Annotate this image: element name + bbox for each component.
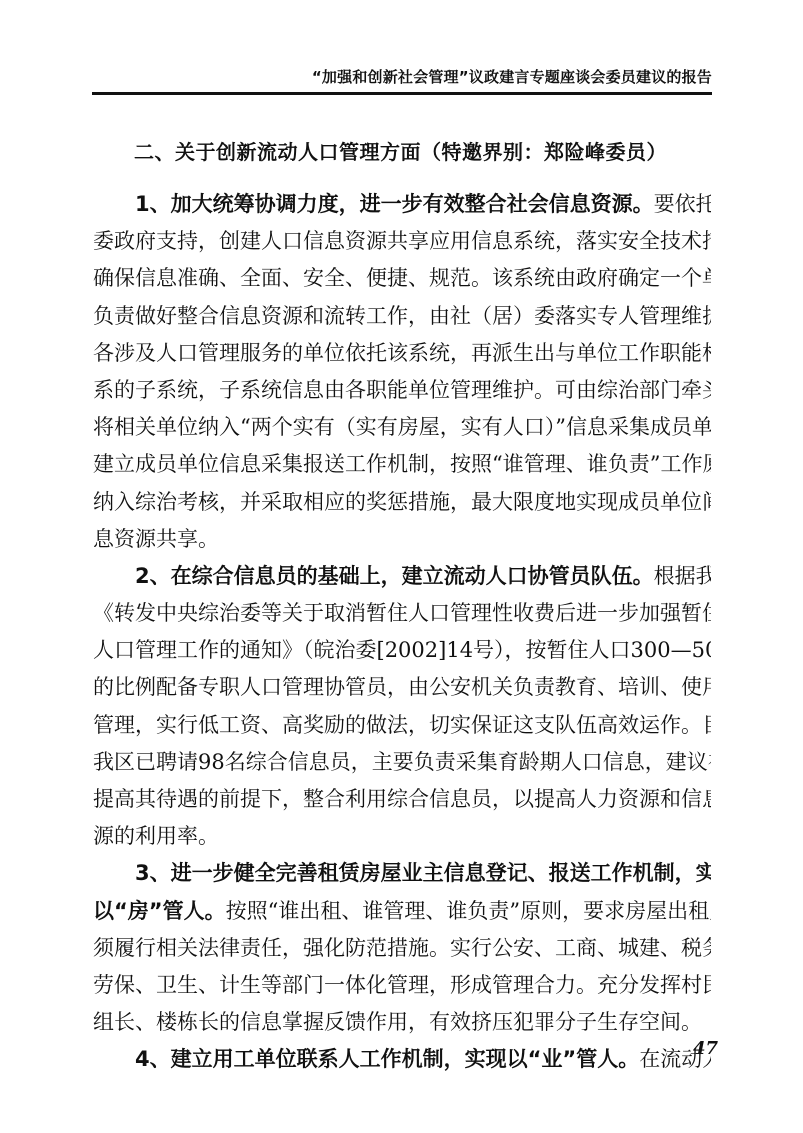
text-line: 劳保、卫生、计生等部门一体化管理，形成管理合力。充分发挥村民小 bbox=[93, 967, 711, 1004]
text-line: 各涉及人口管理服务的单位依托该系统，再派生出与单位工作职能相联 bbox=[93, 335, 711, 372]
paragraph-lead: 1、加大统筹协调力度，进一步有效整合社会信息资源。 bbox=[135, 192, 654, 216]
running-header-title: “加强和创新社会管理”议政建言专题座谈会委员建议的报告 bbox=[312, 66, 712, 87]
text-line: 须履行相关法律责任，强化防范措施。实行公安、工商、城建、税务、 bbox=[93, 930, 711, 967]
text-line: 确保信息准确、全面、安全、便捷、规范。该系统由政府确定一个单位 bbox=[93, 260, 711, 297]
text-line: 我区已聘请98名综合信息员，主要负责采集育龄期人口信息，建议在 bbox=[93, 744, 711, 781]
text-line: 2、在综合信息员的基础上，建立流动人口协管员队伍。根据我省 bbox=[93, 558, 711, 595]
text-line: 将相关单位纳入“两个实有（实有房屋，实有人口）”信息采集成员单位， bbox=[93, 409, 711, 446]
text-line: 源的利用率。 bbox=[93, 818, 711, 855]
text-line: 的比例配备专职人口管理协管员，由公安机关负责教育、培训、使用和 bbox=[93, 669, 711, 706]
text-line: 建立成员单位信息采集报送工作机制，按照“谁管理、谁负责”工作原则， bbox=[93, 446, 711, 483]
text-line: 管理，实行低工资、高奖励的做法，切实保证这支队伍高效运作。目前， bbox=[93, 707, 711, 744]
text-line: 1、加大统筹协调力度，进一步有效整合社会信息资源。要依托党 bbox=[93, 186, 711, 223]
text-line: 系的子系统，子系统信息由各职能单位管理维护。可由综治部门牵头， bbox=[93, 372, 711, 409]
text-line: 4、建立用工单位联系人工作机制，实现以“业”管人。在流动人口 bbox=[93, 1041, 711, 1078]
text-line: 负责做好整合信息资源和流转工作，由社（居）委落实专人管理维护。 bbox=[93, 298, 711, 335]
paragraph-lead: 4、建立用工单位联系人工作机制，实现以“业”管人。 bbox=[135, 1047, 639, 1071]
page-number: 47 bbox=[693, 1038, 718, 1059]
paragraph-lead: 2、在综合信息员的基础上，建立流动人口协管员队伍。 bbox=[135, 564, 654, 588]
text-line: 组长、楼栋长的信息掌握反馈作用，有效挤压犯罪分子生存空间。 bbox=[93, 1004, 711, 1041]
section-heading: 二、关于创新流动人口管理方面（特邀界别：郑险峰委员） bbox=[134, 136, 667, 165]
text-line: 《转发中央综治委等关于取消暂住人口管理性收费后进一步加强暂住 bbox=[93, 595, 711, 632]
text-line: 委政府支持，创建人口信息资源共享应用信息系统，落实安全技术措施， bbox=[93, 223, 711, 260]
text-line: 以“房”管人。按照“谁出租、谁管理、谁负责”原则，要求房屋出租人必 bbox=[93, 893, 711, 930]
running-header: “加强和创新社会管理”议政建言专题座谈会委员建议的报告 bbox=[92, 62, 712, 95]
text-line: 息资源共享。 bbox=[93, 521, 711, 558]
paragraph-lead-cont: 以“房”管人。 bbox=[93, 899, 226, 923]
text-line: 3、进一步健全完善租赁房屋业主信息登记、报送工作机制，实现 bbox=[93, 855, 711, 892]
text-line: 纳入综治考核，并采取相应的奖惩措施，最大限度地实现成员单位间信 bbox=[93, 484, 711, 521]
body-text: 1、加大统筹协调力度，进一步有效整合社会信息资源。要依托党 委政府支持，创建人口… bbox=[93, 186, 711, 1079]
text-line: 人口管理工作的通知》（皖治委[2002]14号），按暂住人口300—500：1 bbox=[93, 632, 711, 669]
paragraph-lead: 3、进一步健全完善租赁房屋业主信息登记、报送工作机制，实现 bbox=[135, 861, 711, 885]
text-line: 提高其待遇的前提下，整合利用综合信息员，以提高人力资源和信息资 bbox=[93, 781, 711, 818]
